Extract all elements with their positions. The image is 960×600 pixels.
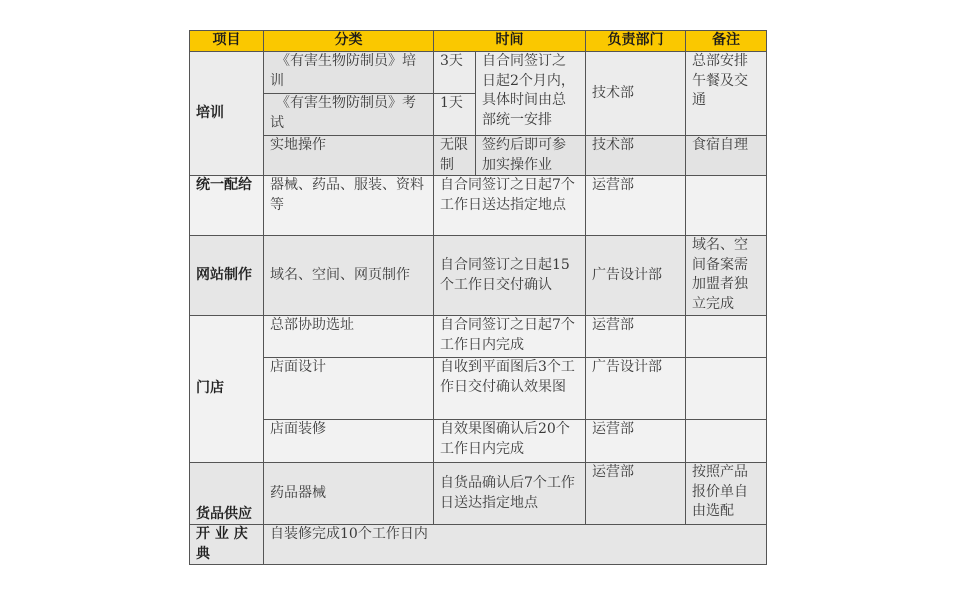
- schedule-table: 项目 分类 时间 负责部门 备注 培训 《有害生物防制员》培训 3天 自合同签订…: [189, 30, 767, 565]
- table-row: 店面装修 自效果图确认后20个工作日内完成 运营部: [190, 420, 767, 463]
- duration-cell: 3天: [434, 52, 476, 94]
- category-cell: 《有害生物防制员》考试: [264, 94, 434, 136]
- department-cell: 运营部: [586, 176, 686, 236]
- project-website: 网站制作: [190, 236, 264, 316]
- department-cell: 技术部: [586, 52, 686, 136]
- project-supply: 货品供应: [190, 463, 264, 525]
- header-project: 项目: [190, 31, 264, 52]
- category-cell: 《有害生物防制员》培训: [264, 52, 434, 94]
- table-row: 统一配给 器械、药品、服装、资料等 自合同签订之日起7个工作日送达指定地点 运营…: [190, 176, 767, 236]
- category-cell: 店面装修: [264, 420, 434, 463]
- category-cell: 总部协助选址: [264, 316, 434, 358]
- time-cell: 自合同签订之日起15个工作日交付确认: [434, 236, 586, 316]
- notes-cell: [686, 358, 767, 420]
- project-store: 门店: [190, 316, 264, 463]
- notes-cell: [686, 316, 767, 358]
- header-row: 项目 分类 时间 负责部门 备注: [190, 31, 767, 52]
- time-cell: 自收到平面图后3个工作日交付确认效果图: [434, 358, 586, 420]
- table-row: 门店 总部协助选址 自合同签订之日起7个工作日内完成 运营部: [190, 316, 767, 358]
- project-opening: 开 业 庆 典: [190, 525, 264, 565]
- notes-cell: 域名、空间备案需加盟者独立完成: [686, 236, 767, 316]
- time-cell: 自合同签订之日起7个工作日内完成: [434, 316, 586, 358]
- category-cell: 实地操作: [264, 136, 434, 176]
- duration-cell: 1天: [434, 94, 476, 136]
- notes-cell: 食宿自理: [686, 136, 767, 176]
- department-cell: 运营部: [586, 420, 686, 463]
- department-cell: 广告设计部: [586, 358, 686, 420]
- duration-cell: 无限制: [434, 136, 476, 176]
- table-row: 实地操作 无限制 签约后即可参加实操作业 技术部 食宿自理: [190, 136, 767, 176]
- department-cell: 广告设计部: [586, 236, 686, 316]
- notes-cell: 总部安排午餐及交通: [686, 52, 767, 136]
- notes-cell: [686, 420, 767, 463]
- table-row: 店面设计 自收到平面图后3个工作日交付确认效果图 广告设计部: [190, 358, 767, 420]
- header-time: 时间: [434, 31, 586, 52]
- category-cell: 药品器械: [264, 463, 434, 525]
- opening-details-cell: 自装修完成10个工作日内: [264, 525, 767, 565]
- header-department: 负责部门: [586, 31, 686, 52]
- table-row: 培训 《有害生物防制员》培训 3天 自合同签订之日起2个月内，具体时间由总部统一…: [190, 52, 767, 94]
- department-cell: 技术部: [586, 136, 686, 176]
- category-cell: 店面设计: [264, 358, 434, 420]
- header-category: 分类: [264, 31, 434, 52]
- time-cell: 自效果图确认后20个工作日内完成: [434, 420, 586, 463]
- department-cell: 运营部: [586, 463, 686, 525]
- time-cell: 自合同签订之日起7个工作日送达指定地点: [434, 176, 586, 236]
- category-cell: 域名、空间、网页制作: [264, 236, 434, 316]
- time-cell: 自合同签订之日起2个月内，具体时间由总部统一安排: [476, 52, 586, 136]
- table-row: 网站制作 域名、空间、网页制作 自合同签订之日起15个工作日交付确认 广告设计部…: [190, 236, 767, 316]
- notes-cell: 按照产品报价单自由选配: [686, 463, 767, 525]
- table-row: 开 业 庆 典 自装修完成10个工作日内: [190, 525, 767, 565]
- time-cell: 签约后即可参加实操作业: [476, 136, 586, 176]
- project-distribution: 统一配给: [190, 176, 264, 236]
- department-cell: 运营部: [586, 316, 686, 358]
- header-notes: 备注: [686, 31, 767, 52]
- notes-cell: [686, 176, 767, 236]
- category-cell: 器械、药品、服装、资料等: [264, 176, 434, 236]
- project-training: 培训: [190, 52, 264, 176]
- table-row: 货品供应 药品器械 自货品确认后7个工作日送达指定地点 运营部 按照产品报价单自…: [190, 463, 767, 525]
- time-cell: 自货品确认后7个工作日送达指定地点: [434, 463, 586, 525]
